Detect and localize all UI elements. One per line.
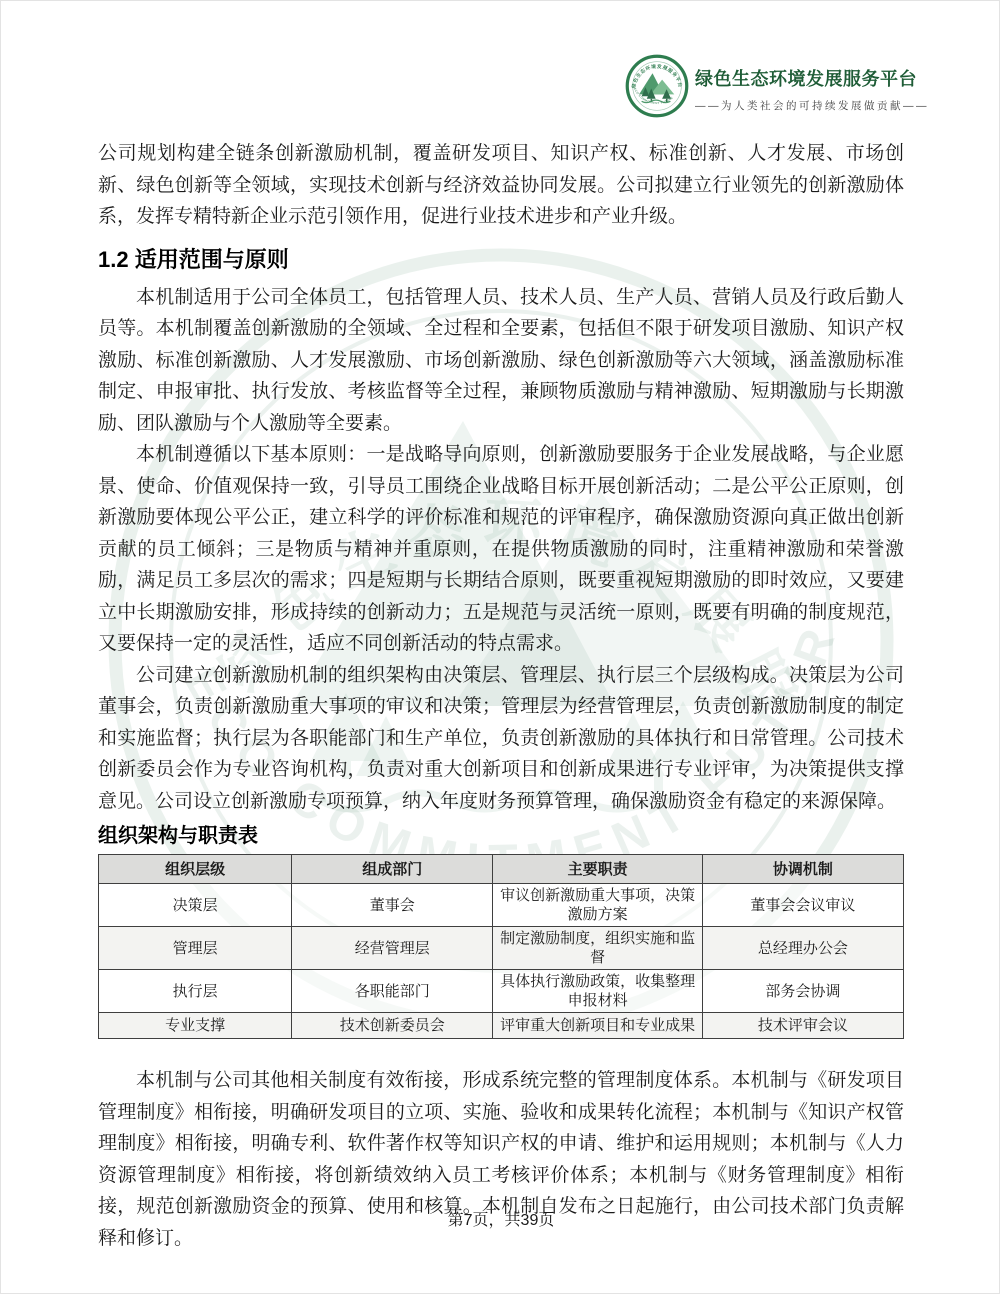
column-header-department: 组成部门 [292,855,493,884]
table-cell: 经营管理层 [292,927,493,970]
org-structure-table: 组织层级 组成部门 主要职责 协调机制 决策层 董事会 审议创新激励重大事项，决… [98,854,904,1039]
table-cell: 总经理办公会 [702,927,903,970]
table-cell: 管理层 [99,927,292,970]
column-header-duty: 主要职责 [493,855,702,884]
table-cell: 评审重大创新项目和专业成果 [493,1013,702,1039]
table-heading: 组织架构与职责表 [98,824,904,848]
column-header-coordination: 协调机制 [702,855,903,884]
page-indicator: 第7页，共39页 [448,1212,555,1229]
page-footer: 第7页，共39页 [1,1207,1000,1230]
table-header-row: 组织层级 组成部门 主要职责 协调机制 [99,855,904,884]
scope-paragraph: 本机制适用于公司全体员工，包括管理人员、技术人员、生产人员、营销人员及行政后勤人… [98,282,904,440]
table-row: 执行层 各职能部门 具体执行激励政策，收集整理申报材料 部务会协调 [99,970,904,1013]
platform-tagline: ——为人类社会的可持续发展做贡献—— [695,98,910,113]
table-row: 管理层 经营管理层 制定激励制度，组织实施和监督 总经理办公会 [99,927,904,970]
principles-paragraph: 本机制遵循以下基本原则：一是战略导向原则，创新激励要服务于企业发展战略，与企业愿… [98,439,904,660]
page-header: 绿色生态环境发展服务平台 ECO COMMITMENT FUTURE 绿色生态环… [1,1,1000,131]
section-heading: 1.2 适用范围与原则 [98,247,904,273]
table-cell: 董事会 [292,884,493,927]
table-cell: 专业支撑 [99,1013,292,1039]
table-row: 决策层 董事会 审议创新激励重大事项，决策激励方案 董事会会议审议 [99,884,904,927]
header-text-block: 绿色生态环境发展服务平台 ——为人类社会的可持续发展做贡献—— [695,65,910,113]
table-cell: 董事会会议审议 [702,884,903,927]
table-cell: 制定激励制度，组织实施和监督 [493,927,702,970]
platform-logo-seal-icon: 绿色生态环境发展服务平台 ECO COMMITMENT FUTURE [625,54,689,118]
document-content: 公司规划构建全链条创新激励机制，覆盖研发项目、知识产权、标准创新、人才发展、市场… [98,138,904,1254]
column-header-level: 组织层级 [99,855,292,884]
table-cell: 审议创新激励重大事项，决策激励方案 [493,884,702,927]
intro-paragraph: 公司规划构建全链条创新激励机制，覆盖研发项目、知识产权、标准创新、人才发展、市场… [98,138,904,233]
document-page: 绿色生态环境发展服务平台 ECO COMMITMENT FUTURE 绿色生态环… [0,0,1000,1294]
table-cell: 技术创新委员会 [292,1013,493,1039]
table-cell: 执行层 [99,970,292,1013]
table-cell: 部务会协调 [702,970,903,1013]
organization-paragraph: 公司建立创新激励机制的组织架构由决策层、管理层、执行层三个层级构成。决策层为公司… [98,660,904,818]
table-cell: 技术评审会议 [702,1013,903,1039]
table-cell: 具体执行激励政策，收集整理申报材料 [493,970,702,1013]
platform-title: 绿色生态环境发展服务平台 [695,65,910,91]
table-row: 专业支撑 技术创新委员会 评审重大创新项目和专业成果 技术评审会议 [99,1013,904,1039]
table-cell: 决策层 [99,884,292,927]
table-cell: 各职能部门 [292,970,493,1013]
